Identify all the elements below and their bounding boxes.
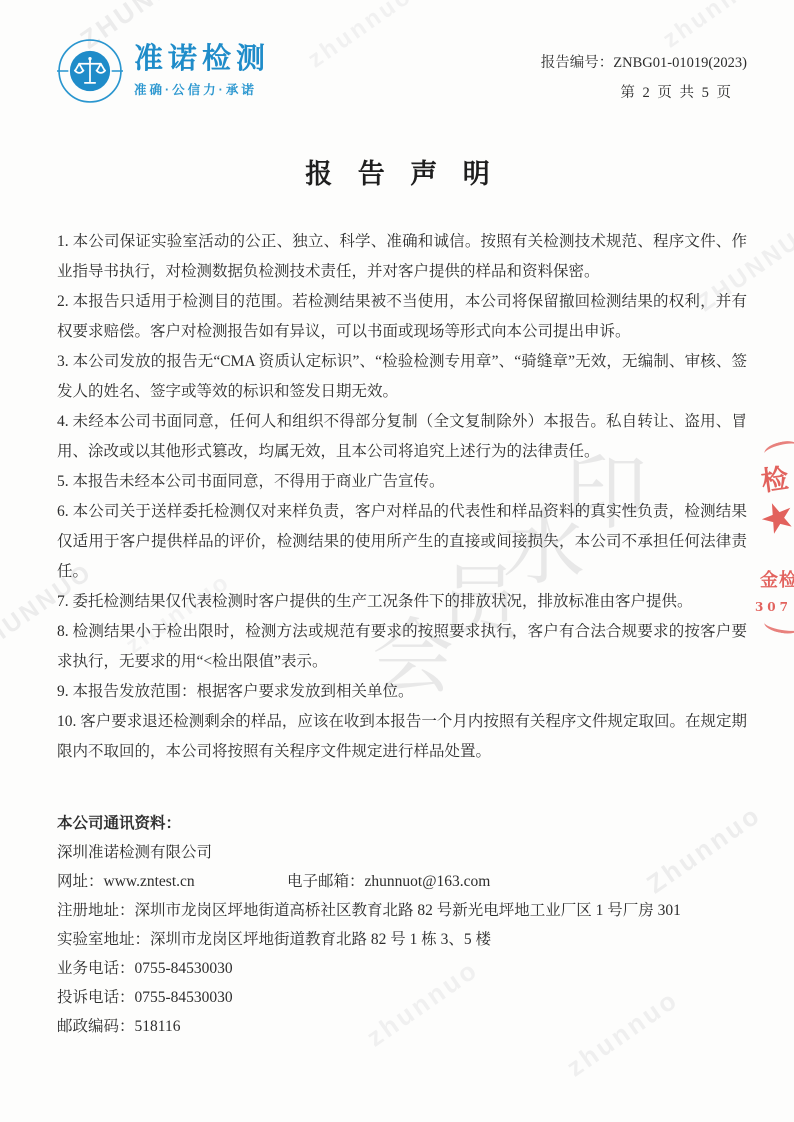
- statement-item: 2. 本报告只适用于检测目的范围。若检测结果被不当使用，本公司将保留撤回检测结果…: [57, 287, 747, 347]
- seal-character: 检: [758, 456, 790, 498]
- statement-item: 5. 本报告未经本公司书面同意，不得用于商业广告宣传。: [57, 467, 747, 497]
- page-content: 准诺检测 准确·公信力·承诺 报告编号：ZNBG01-01019(2023) 第…: [57, 0, 747, 1041]
- statement-item: 8. 检测结果小于检出限时，检测方法或规范有要求的按照要求执行，客户有合法合规要…: [57, 617, 747, 677]
- statement-item: 4. 未经本公司书面同意，任何人和组织不得部分复制（全文复制除外）本报告。私自转…: [57, 407, 747, 467]
- website-label: 网址：: [57, 873, 104, 890]
- seal-arc-icon: [763, 615, 794, 636]
- complaint-phone-label: 投诉电话：: [57, 989, 135, 1006]
- report-page: ZHUNNUO zhunnuo zhunnuo ZHUNNUO ZHUNNUO …: [0, 0, 794, 1122]
- contact-info: 本公司通讯资料： 深圳准诺检测有限公司 网址：www.zntest.cn电子邮箱…: [57, 809, 747, 1041]
- company-logo: 准诺检测 准确·公信力·承诺: [57, 38, 270, 104]
- statement-item: 6. 本公司关于送样委托检测仅对来样负责，客户对样品的代表性和样品资料的真实性负…: [57, 497, 747, 587]
- postcode-value: 518116: [135, 1018, 181, 1035]
- contact-postcode: 邮政编码：518116: [57, 1012, 747, 1041]
- riding-seal-fragment: 检 ★ 金检 307: [740, 442, 794, 672]
- reg-address-value: 深圳市龙岗区坪地街道高桥社区教育北路 82 号新光电坪地工业厂区 1 号厂房 3…: [135, 902, 681, 919]
- contact-company: 深圳准诺检测有限公司: [57, 838, 747, 867]
- website-value: www.zntest.cn: [104, 873, 195, 890]
- seal-star-icon: ★: [754, 493, 794, 544]
- contact-complaint-phone: 投诉电话：0755-84530030: [57, 983, 747, 1012]
- statement-item: 10. 客户要求退还检测剩余的样品，应该在收到本报告一个月内按照有关程序文件规定…: [57, 707, 747, 767]
- contact-heading: 本公司通讯资料：: [57, 809, 747, 838]
- scales-of-justice-icon: [57, 38, 123, 104]
- contact-lab-address: 实验室地址：深圳市龙岗区坪地街道教育北路 82 号 1 栋 3、5 楼: [57, 925, 747, 954]
- email-label: 电子邮箱：: [287, 873, 365, 890]
- lab-address-value: 深圳市龙岗区坪地街道教育北路 82 号 1 栋 3、5 楼: [150, 931, 491, 948]
- page-number: 第 2 页 共 5 页: [541, 78, 747, 108]
- company-name: 准诺检测: [134, 44, 270, 76]
- document-title: 报 告 声 明: [57, 152, 747, 191]
- report-meta: 报告编号：ZNBG01-01019(2023) 第 2 页 共 5 页: [541, 48, 747, 108]
- reg-address-label: 注册地址：: [57, 902, 135, 919]
- biz-phone-label: 业务电话：: [57, 960, 135, 977]
- biz-phone-value: 0755-84530030: [135, 960, 233, 977]
- report-number: 报告编号：ZNBG01-01019(2023): [541, 48, 747, 78]
- email-value: zhunnuot@163.com: [365, 873, 491, 890]
- seal-characters: 金检: [760, 566, 794, 592]
- lab-address-label: 实验室地址：: [57, 931, 150, 948]
- postcode-label: 邮政编码：: [57, 1018, 135, 1035]
- statement-item: 7. 委托检测结果仅代表检测时客户提供的生产工况条件下的排放状况，排放标准由客户…: [57, 587, 747, 617]
- logo-text: 准诺检测 准确·公信力·承诺: [134, 44, 270, 99]
- statement-item: 1. 本公司保证实验室活动的公正、独立、科学、准确和诚信。按照有关检测技术规范、…: [57, 227, 747, 287]
- website-pair: 网址：www.zntest.cn: [57, 867, 287, 896]
- email-pair: 电子邮箱：zhunnuot@163.com: [287, 867, 490, 896]
- report-header: 准诺检测 准确·公信力·承诺 报告编号：ZNBG01-01019(2023) 第…: [57, 0, 747, 108]
- company-tagline: 准确·公信力·承诺: [134, 80, 270, 98]
- statement-item: 9. 本报告发放范围：根据客户要求发放到相关单位。: [57, 677, 747, 707]
- statements-list: 1. 本公司保证实验室活动的公正、独立、科学、准确和诚信。按照有关检测技术规范、…: [57, 227, 747, 767]
- statement-item: 3. 本公司发放的报告无“CMA 资质认定标识”、“检验检测专用章”、“骑缝章”…: [57, 347, 747, 407]
- contact-reg-address: 注册地址：深圳市龙岗区坪地街道高桥社区教育北路 82 号新光电坪地工业厂区 1 …: [57, 896, 747, 925]
- seal-digits: 307: [755, 600, 792, 614]
- seal-arc-icon: [763, 438, 794, 461]
- contact-web-line: 网址：www.zntest.cn电子邮箱：zhunnuot@163.com: [57, 867, 747, 896]
- complaint-phone-value: 0755-84530030: [135, 989, 233, 1006]
- contact-biz-phone: 业务电话：0755-84530030: [57, 954, 747, 983]
